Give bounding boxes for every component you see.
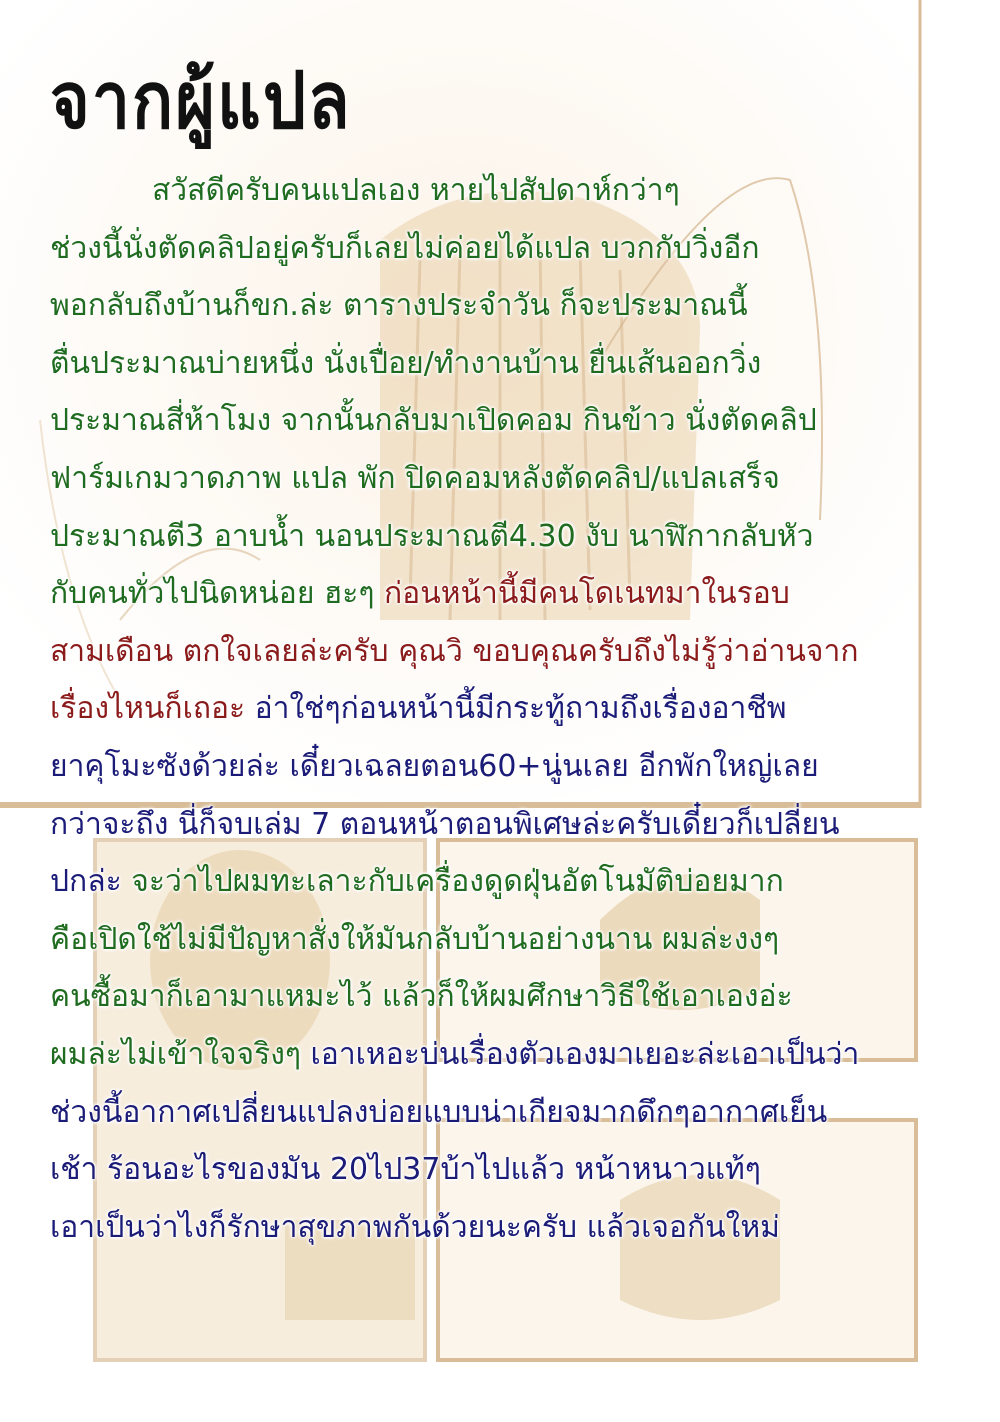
note-line: ตื่นประมาณบ่ายหนึ่ง นั่งเปื่อย/ทำงานบ้าน… <box>50 335 980 393</box>
note-text: เรื่องไหนก็เถอะ <box>50 691 255 726</box>
note-line: กว่าจะถึง นี่ก็จบเล่ม 7 ตอนหน้าตอนพิเศษล… <box>50 796 980 854</box>
note-line: เอาเป็นว่าไงก็รักษาสุขภาพกันด้วยนะครับ แ… <box>50 1199 980 1257</box>
note-line: พอกลับถึงบ้านก็ขก.ล่ะ ตารางประจำวัน ก็จะ… <box>50 277 980 335</box>
note-line: ช่วงนี้อากาศเปลี่ยนแปลงบ่อยแบบน่าเกียจมา… <box>50 1084 980 1142</box>
note-text: กับคนทั่วไปนิดหน่อย ฮะๆ <box>50 576 384 611</box>
note-text: เอาเป็นว่าไงก็รักษาสุขภาพกันด้วยนะครับ แ… <box>50 1210 780 1245</box>
note-text: ปกล่ะ <box>50 864 131 899</box>
note-text: ฟาร์มเกมวาดภาพ แปล พัก ปิดคอมหลังตัดคลิป… <box>50 461 780 496</box>
note-line: คือเปิดใช้ไม่มีปัญหาสั่งให้มันกลับบ้านอย… <box>50 911 980 969</box>
note-text: สามเดือน ตกใจเลยล่ะครับ คุณวิ ขอบคุณครับ… <box>50 634 859 669</box>
note-text: สวัสดีครับคนแปลเอง หายไปสัปดาห์กว่าๆ <box>152 173 680 208</box>
note-text: คนซื้อมาก็เอามาแหมะไว้ แล้วก็ให้ผมศึกษาว… <box>50 979 793 1014</box>
note-text: ยาคุโมะซังด้วยล่ะ เดี๋ยวเฉลยตอน60+นู่นเล… <box>50 749 819 784</box>
note-text: ผมล่ะไม่เข้าใจจริงๆ <box>50 1037 311 1072</box>
note-text: จะว่าไปผมทะเลาะกับเครื่องดูดฝุ่นอัตโนมัต… <box>131 864 784 899</box>
note-line: ประมาณตี3 อาบน้ำ นอนประมาณตี4.30 งับ นาฬ… <box>50 508 980 566</box>
page-title: จากผู้แปล <box>50 38 352 162</box>
note-line: ช่วงนี้นั่งตัดคลิปอยู่ครับก็เลยไม่ค่อยได… <box>50 220 980 278</box>
note-line: ผมล่ะไม่เข้าใจจริงๆ เอาเหอะบ่นเรื่องตัวเ… <box>50 1026 980 1084</box>
note-line: สามเดือน ตกใจเลยล่ะครับ คุณวิ ขอบคุณครับ… <box>50 623 980 681</box>
note-line: ฟาร์มเกมวาดภาพ แปล พัก ปิดคอมหลังตัดคลิป… <box>50 450 980 508</box>
note-text: ประมาณสี่ห้าโมง จากนั้นกลับมาเปิดคอม กิน… <box>50 403 817 438</box>
note-text: คือเปิดใช้ไม่มีปัญหาสั่งให้มันกลับบ้านอย… <box>50 922 779 957</box>
note-text: ตื่นประมาณบ่ายหนึ่ง นั่งเปื่อย/ทำงานบ้าน… <box>50 346 761 381</box>
note-text: ก่อนหน้านี้มีคนโดเนทมาในรอบ <box>384 576 790 611</box>
note-line: คนซื้อมาก็เอามาแหมะไว้ แล้วก็ให้ผมศึกษาว… <box>50 968 980 1026</box>
note-text: ช่วงนี้นั่งตัดคลิปอยู่ครับก็เลยไม่ค่อยได… <box>50 231 760 266</box>
note-line: กับคนทั่วไปนิดหน่อย ฮะๆ ก่อนหน้านี้มีคนโ… <box>50 565 980 623</box>
note-text: อ่าใช่ๆก่อนหน้านี้มีกระทู้ถามถึงเรื่องอา… <box>255 691 787 726</box>
note-text: เช้า ร้อนอะไรของมัน 20ไป37บ้าไปแล้ว หน้า… <box>50 1152 761 1187</box>
note-text: กว่าจะถึง นี่ก็จบเล่ม 7 ตอนหน้าตอนพิเศษล… <box>50 807 840 842</box>
note-text: ช่วงนี้อากาศเปลี่ยนแปลงบ่อยแบบน่าเกียจมา… <box>50 1095 827 1130</box>
note-line: เช้า ร้อนอะไรของมัน 20ไป37บ้าไปแล้ว หน้า… <box>50 1141 980 1199</box>
note-line: สวัสดีครับคนแปลเอง หายไปสัปดาห์กว่าๆ <box>50 162 980 220</box>
note-text: ประมาณตี3 อาบน้ำ นอนประมาณตี4.30 งับ นาฬ… <box>50 519 814 554</box>
note-line: ปกล่ะ จะว่าไปผมทะเลาะกับเครื่องดูดฝุ่นอั… <box>50 853 980 911</box>
note-line: ประมาณสี่ห้าโมง จากนั้นกลับมาเปิดคอม กิน… <box>50 392 980 450</box>
note-text: เอาเหอะบ่นเรื่องตัวเองมาเยอะล่ะเอาเป็นว่… <box>311 1037 860 1072</box>
note-line: เรื่องไหนก็เถอะ อ่าใช่ๆก่อนหน้านี้มีกระท… <box>50 680 980 738</box>
note-line: ยาคุโมะซังด้วยล่ะ เดี๋ยวเฉลยตอน60+นู่นเล… <box>50 738 980 796</box>
translator-note-body: สวัสดีครับคนแปลเอง หายไปสัปดาห์กว่าๆ ช่ว… <box>50 162 980 1256</box>
note-text: พอกลับถึงบ้านก็ขก.ล่ะ ตารางประจำวัน ก็จะ… <box>50 288 748 323</box>
